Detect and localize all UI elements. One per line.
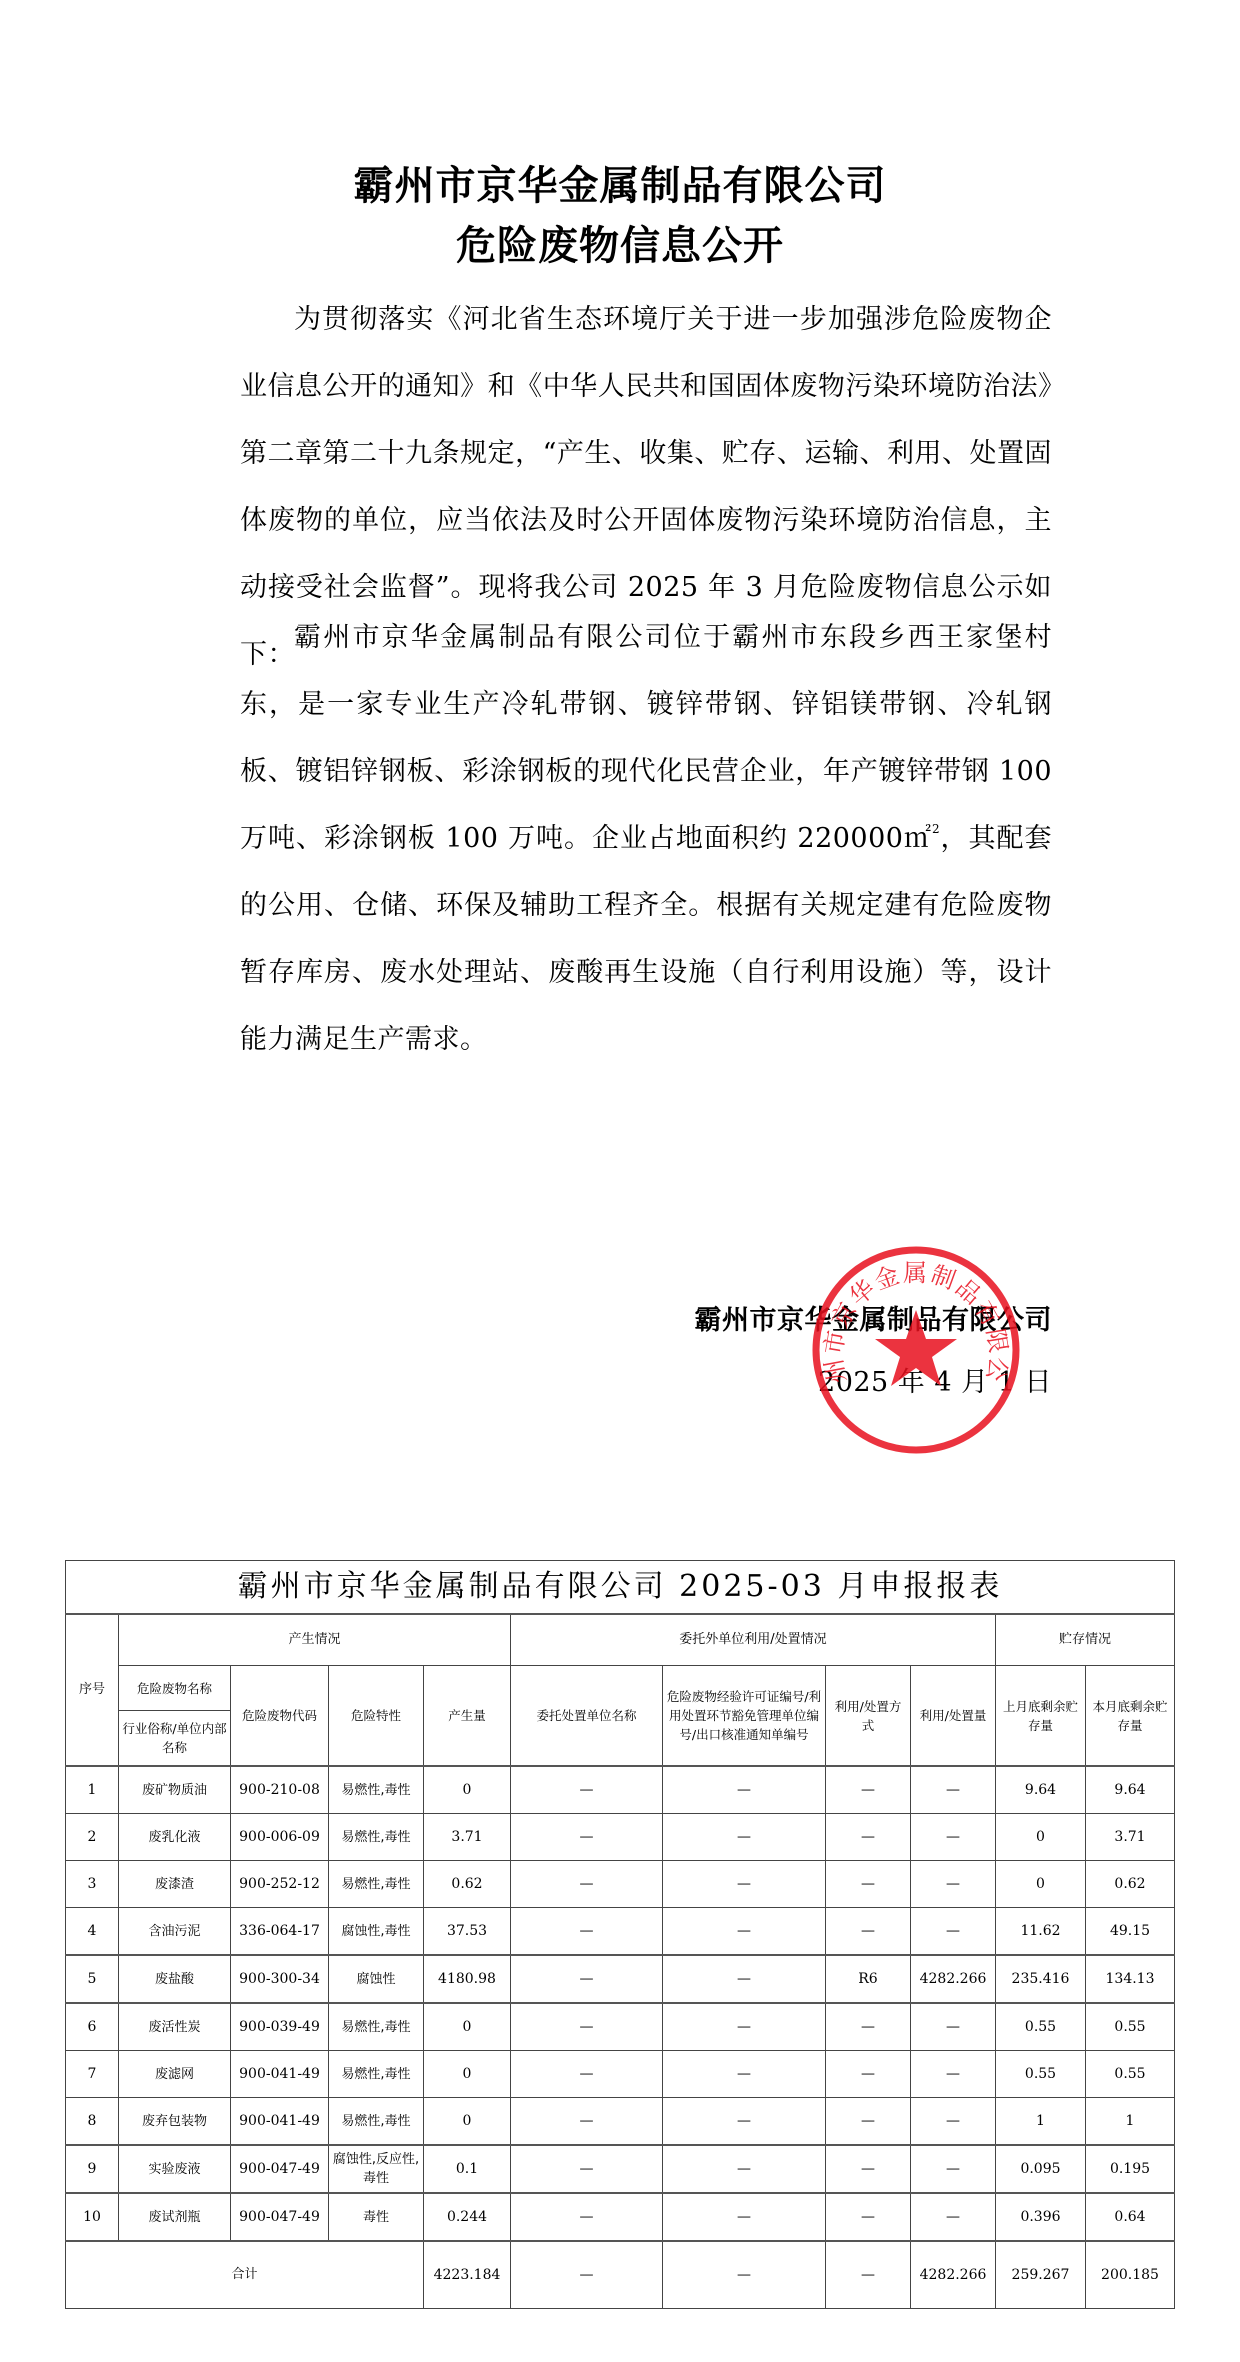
area-unit-superscript: 2: [932, 822, 940, 836]
cell-total-license: —: [663, 2241, 826, 2309]
table-row: 3 废漆渣 900-252-12 易燃性,毒性 0.62 — — — — 0 0…: [66, 1861, 1175, 1908]
star-icon: [875, 1310, 957, 1386]
cell-contractor: —: [511, 1814, 663, 1861]
cell-name: 废盐酸: [119, 1955, 231, 2003]
cell-current: 9.64: [1086, 1766, 1175, 1814]
cell-current: 0.195: [1086, 2145, 1175, 2193]
cell-code: 900-210-08: [231, 1766, 329, 1814]
cell-method: —: [826, 1861, 911, 1908]
cell-total-disposed: 4282.266: [911, 2241, 996, 2309]
cell-disposed: —: [911, 1814, 996, 1861]
cell-contractor: —: [511, 1955, 663, 2003]
table-row: 2 废乳化液 900-006-09 易燃性,毒性 3.71 — — — — 0 …: [66, 1814, 1175, 1861]
cell-code: 900-006-09: [231, 1814, 329, 1861]
cell-license: —: [663, 2145, 826, 2193]
cell-method: —: [826, 2193, 911, 2241]
header-seq: 序号: [66, 1614, 119, 1766]
cell-code: 900-047-49: [231, 2193, 329, 2241]
table-row: 8 废弃包装物 900-041-49 易燃性,毒性 0 — — — — 1 1: [66, 2098, 1175, 2146]
header-license: 危险废物经验许可证编号/利用处置环节豁免管理单位编号/出口核准通知单编号: [663, 1666, 826, 1767]
header-industry-name: 行业俗称/单位内部名称: [119, 1711, 231, 1767]
cell-name: 废漆渣: [119, 1861, 231, 1908]
header-hazard: 危险特性: [329, 1666, 424, 1767]
header-disposed: 利用/处置量: [911, 1666, 996, 1767]
cell-code: 900-039-49: [231, 2003, 329, 2051]
cell-last: 0.396: [996, 2193, 1086, 2241]
report-caption: 霸州市京华金属制品有限公司 2025-03 月申报报表: [66, 1561, 1175, 1615]
cell-total-current: 200.185: [1086, 2241, 1175, 2309]
header-waste-code: 危险废物代码: [231, 1666, 329, 1767]
cell-total-last: 259.267: [996, 2241, 1086, 2309]
cell-seq: 9: [66, 2145, 119, 2193]
company-description-paragraph: 霸州市京华金属制品有限公司位于霸州市东段乡西王家堡村东，是一家专业生产冷轧带钢、…: [240, 604, 1052, 1073]
table-row: 10 废试剂瓶 900-047-49 毒性 0.244 — — — — 0.39…: [66, 2193, 1175, 2241]
cell-license: —: [663, 1814, 826, 1861]
cell-seq: 7: [66, 2051, 119, 2098]
cell-disposed: —: [911, 2193, 996, 2241]
table-row: 7 废滤网 900-041-49 易燃性,毒性 0 — — — — 0.55 0…: [66, 2051, 1175, 2098]
header-contractor: 委托处置单位名称: [511, 1666, 663, 1767]
cell-license: —: [663, 1908, 826, 1956]
cell-disposed: —: [911, 1908, 996, 1956]
cell-hazard: 易燃性,毒性: [329, 1766, 424, 1814]
cell-license: —: [663, 1955, 826, 2003]
cell-last: 1: [996, 2098, 1086, 2146]
cell-last: 0.095: [996, 2145, 1086, 2193]
header-this-month-storage: 本月底剩余贮存量: [1086, 1666, 1175, 1767]
cell-name: 废乳化液: [119, 1814, 231, 1861]
cell-hazard: 毒性: [329, 2193, 424, 2241]
cell-license: —: [663, 2193, 826, 2241]
cell-current: 0.55: [1086, 2051, 1175, 2098]
header-last-month-storage: 上月底剩余贮存量: [996, 1666, 1086, 1767]
cell-last: 235.416: [996, 1955, 1086, 2003]
cell-produced: 0.1: [424, 2145, 511, 2193]
cell-produced: 0: [424, 1766, 511, 1814]
cell-license: —: [663, 2098, 826, 2146]
cell-contractor: —: [511, 2051, 663, 2098]
table-row: 5 废盐酸 900-300-34 腐蚀性 4180.98 — — R6 4282…: [66, 1955, 1175, 2003]
cell-contractor: —: [511, 2003, 663, 2051]
cell-total-produced: 4223.184: [424, 2241, 511, 2309]
cell-disposed: —: [911, 1766, 996, 1814]
cell-current: 3.71: [1086, 1814, 1175, 1861]
table-row: 9 实验废液 900-047-49 腐蚀性,反应性,毒性 0.1 — — — —…: [66, 2145, 1175, 2193]
cell-code: 900-041-49: [231, 2051, 329, 2098]
cell-contractor: —: [511, 2098, 663, 2146]
cell-name: 废弃包装物: [119, 2098, 231, 2146]
cell-license: —: [663, 1861, 826, 1908]
cell-current: 0.55: [1086, 2003, 1175, 2051]
header-waste-name: 危险废物名称: [119, 1666, 231, 1711]
cell-contractor: —: [511, 2145, 663, 2193]
cell-code: 900-252-12: [231, 1861, 329, 1908]
cell-last: 0: [996, 1861, 1086, 1908]
company-description-part2: ，其配套的公用、仓储、环保及辅助工程齐全。根据有关规定建有危险废物暂存库房、废水…: [240, 823, 1052, 1055]
cell-produced: 0.62: [424, 1861, 511, 1908]
cell-last: 0.55: [996, 2051, 1086, 2098]
cell-total-contractor: —: [511, 2241, 663, 2309]
cell-total-label: 合计: [66, 2241, 424, 2309]
cell-hazard: 易燃性,毒性: [329, 1861, 424, 1908]
cell-last: 9.64: [996, 1766, 1086, 1814]
company-seal-stamp: 霸州市京华金属制品有限公司: [810, 1244, 1022, 1456]
cell-contractor: —: [511, 1766, 663, 1814]
cell-seq: 4: [66, 1908, 119, 1956]
header-group-outsourced: 委托外单位利用/处置情况: [511, 1614, 996, 1666]
cell-seq: 10: [66, 2193, 119, 2241]
cell-disposed: —: [911, 2051, 996, 2098]
cell-hazard: 腐蚀性,反应性,毒性: [329, 2145, 424, 2193]
cell-code: 336-064-17: [231, 1908, 329, 1956]
cell-produced: 37.53: [424, 1908, 511, 1956]
cell-hazard: 腐蚀性,毒性: [329, 1908, 424, 1956]
cell-hazard: 易燃性,毒性: [329, 2051, 424, 2098]
cell-produced: 4180.98: [424, 1955, 511, 2003]
company-description-part1: 霸州市京华金属制品有限公司位于霸州市东段乡西王家堡村东，是一家专业生产冷轧带钢、…: [240, 622, 1052, 854]
cell-produced: 0: [424, 2098, 511, 2146]
cell-contractor: —: [511, 1908, 663, 1956]
cell-current: 134.13: [1086, 1955, 1175, 2003]
table-row: 6 废活性炭 900-039-49 易燃性,毒性 0 — — — — 0.55 …: [66, 2003, 1175, 2051]
header-group-storage: 贮存情况: [996, 1614, 1175, 1666]
cell-produced: 0.244: [424, 2193, 511, 2241]
cell-code: 900-041-49: [231, 2098, 329, 2146]
cell-last: 0.55: [996, 2003, 1086, 2051]
cell-current: 0.64: [1086, 2193, 1175, 2241]
cell-disposed: —: [911, 2098, 996, 2146]
cell-name: 含油污泥: [119, 1908, 231, 1956]
cell-produced: 3.71: [424, 1814, 511, 1861]
cell-name: 废矿物质油: [119, 1766, 231, 1814]
cell-method: —: [826, 2051, 911, 2098]
cell-license: —: [663, 2051, 826, 2098]
cell-method: —: [826, 1908, 911, 1956]
cell-current: 49.15: [1086, 1908, 1175, 1956]
document-title-company: 霸州市京华金属制品有限公司: [0, 154, 1240, 211]
cell-total-method: —: [826, 2241, 911, 2309]
cell-disposed: —: [911, 2003, 996, 2051]
cell-method: —: [826, 2003, 911, 2051]
cell-seq: 5: [66, 1955, 119, 2003]
cell-name: 废试剂瓶: [119, 2193, 231, 2241]
cell-seq: 6: [66, 2003, 119, 2051]
cell-method: —: [826, 1766, 911, 1814]
cell-contractor: —: [511, 1861, 663, 1908]
header-group-production: 产生情况: [119, 1614, 511, 1666]
cell-seq: 3: [66, 1861, 119, 1908]
cell-disposed: —: [911, 2145, 996, 2193]
cell-seq: 1: [66, 1766, 119, 1814]
cell-contractor: —: [511, 2193, 663, 2241]
table-row: 1 废矿物质油 900-210-08 易燃性,毒性 0 — — — — 9.64…: [66, 1766, 1175, 1814]
cell-disposed: —: [911, 1861, 996, 1908]
header-method: 利用/处置方式: [826, 1666, 911, 1767]
cell-name: 废活性炭: [119, 2003, 231, 2051]
cell-method: —: [826, 1814, 911, 1861]
header-produced: 产生量: [424, 1666, 511, 1767]
cell-name: 废滤网: [119, 2051, 231, 2098]
document-title-subject: 危险废物信息公开: [0, 214, 1240, 271]
cell-name: 实验废液: [119, 2145, 231, 2193]
cell-produced: 0: [424, 2003, 511, 2051]
cell-method: —: [826, 2145, 911, 2193]
table-row: 4 含油污泥 336-064-17 腐蚀性,毒性 37.53 — — — — 1…: [66, 1908, 1175, 1956]
cell-code: 900-300-34: [231, 1955, 329, 2003]
cell-current: 0.62: [1086, 1861, 1175, 1908]
cell-hazard: 易燃性,毒性: [329, 2003, 424, 2051]
cell-hazard: 易燃性,毒性: [329, 1814, 424, 1861]
cell-code: 900-047-49: [231, 2145, 329, 2193]
cell-last: 0: [996, 1814, 1086, 1861]
cell-method: R6: [826, 1955, 911, 2003]
cell-hazard: 易燃性,毒性: [329, 2098, 424, 2146]
cell-produced: 0: [424, 2051, 511, 2098]
cell-license: —: [663, 2003, 826, 2051]
cell-seq: 2: [66, 1814, 119, 1861]
waste-report-table: 霸州市京华金属制品有限公司 2025-03 月申报报表 序号 产生情况 委托外单…: [65, 1560, 1175, 2309]
cell-last: 11.62: [996, 1908, 1086, 1956]
cell-license: —: [663, 1766, 826, 1814]
cell-method: —: [826, 2098, 911, 2146]
cell-hazard: 腐蚀性: [329, 1955, 424, 2003]
cell-disposed: 4282.266: [911, 1955, 996, 2003]
cell-seq: 8: [66, 2098, 119, 2146]
table-total-row: 合计 4223.184 — — — 4282.266 259.267 200.1…: [66, 2241, 1175, 2309]
cell-current: 1: [1086, 2098, 1175, 2146]
